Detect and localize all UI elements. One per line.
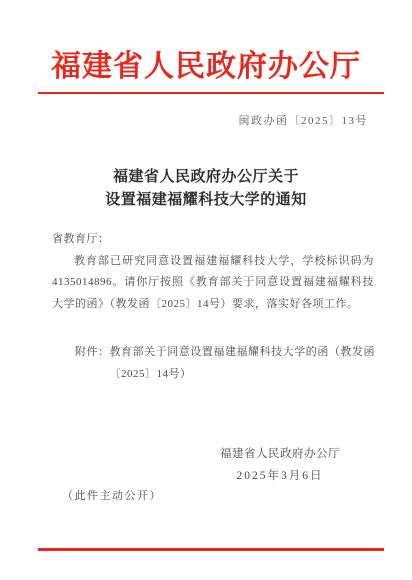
- salutation: 省教育厅：: [52, 229, 374, 251]
- attachment-label: 附件：: [75, 342, 110, 385]
- footer-divider: [38, 548, 384, 551]
- notice-title: 福建省人民政府办公厅关于 设置福建福耀科技大学的通知: [0, 166, 412, 212]
- disclosure-note: （此件主动公开）: [62, 487, 162, 503]
- document-page: 福建省人民政府办公厅 闽政办函〔2025〕13号 福建省人民政府办公厅关于 设置…: [0, 0, 412, 580]
- attachment-text: 教育部关于同意设置福建福耀科技大学的函（教发函〔2025〕14号）: [110, 342, 376, 385]
- issue-date: 2025年3月6日: [220, 465, 340, 487]
- signature-block: 福建省人民政府办公厅 2025年3月6日: [220, 443, 340, 487]
- notice-title-line2: 设置福建福耀科技大学的通知: [0, 189, 412, 212]
- notice-title-line1: 福建省人民政府办公厅关于: [0, 166, 412, 189]
- attachment-line: 附件： 教育部关于同意设置福建福耀科技大学的函（教发函〔2025〕14号）: [75, 342, 375, 385]
- masthead-divider: [38, 92, 384, 94]
- body-paragraph: 教育部已研究同意设置福建福耀科技大学，学校标识码为4135014896。请你厅按…: [52, 251, 374, 316]
- signer-name: 福建省人民政府办公厅: [220, 443, 340, 465]
- notice-body: 省教育厅： 教育部已研究同意设置福建福耀科技大学，学校标识码为413501489…: [52, 229, 374, 315]
- masthead-title: 福建省人民政府办公厅: [0, 48, 412, 86]
- doc-number: 闽政办函〔2025〕13号: [239, 112, 369, 128]
